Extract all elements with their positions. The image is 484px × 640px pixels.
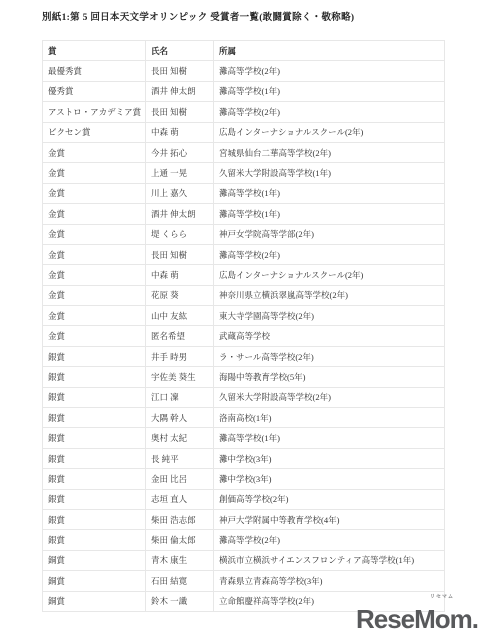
- award-cell: 優秀賞: [43, 81, 146, 101]
- award-cell: 金賞: [43, 142, 146, 162]
- award-cell: 銀賞: [43, 489, 146, 509]
- col-header-name: 氏名: [146, 41, 214, 61]
- name-cell: 上通 一晃: [146, 163, 214, 183]
- name-cell: 酒井 伸太朗: [146, 204, 214, 224]
- name-cell: 川上 嘉久: [146, 183, 214, 203]
- school-cell: ラ・サール高等学校(2年): [214, 346, 445, 366]
- name-cell: 宇佐美 葵生: [146, 367, 214, 387]
- table-row: 銀賞志垣 直人創価高等学校(2年): [43, 489, 445, 509]
- award-cell: 金賞: [43, 306, 146, 326]
- table-row: 銀賞大隅 幹人洛南高校(1年): [43, 408, 445, 428]
- table-row: 銅賞青木 康生横浜市立横浜サイエンスフロンティア高等学校(1年): [43, 550, 445, 570]
- award-cell: ビクセン賞: [43, 122, 146, 142]
- table-row: 金賞川上 嘉久灘高等学校(1年): [43, 183, 445, 203]
- name-cell: 江口 凜: [146, 387, 214, 407]
- name-cell: 井手 時男: [146, 346, 214, 366]
- table-row: 金賞長田 知樹灘高等学校(2年): [43, 244, 445, 264]
- award-cell: 金賞: [43, 265, 146, 285]
- name-cell: 長 純平: [146, 448, 214, 468]
- school-cell: 久留米大学附設高等学校(1年): [214, 163, 445, 183]
- award-cell: アストロ・アカデミア賞: [43, 102, 146, 122]
- name-cell: 中森 萌: [146, 122, 214, 142]
- school-cell: 広島インターナショナルスクール(2年): [214, 265, 445, 285]
- article-page: 別紙1:第 5 回日本天文学オリンピック 受賞者一覧(敢闘賞除く・敬称略) 賞 …: [0, 0, 484, 640]
- name-cell: 金田 比呂: [146, 469, 214, 489]
- name-cell: 山中 友紘: [146, 306, 214, 326]
- name-cell: 今井 拓心: [146, 142, 214, 162]
- school-cell: 灘高等学校(2年): [214, 530, 445, 550]
- table-row: 金賞匿名希望武蔵高等学校: [43, 326, 445, 346]
- school-cell: 灘中学校(3年): [214, 469, 445, 489]
- table-row: 銅賞石田 結寛青森県立青森高等学校(3年): [43, 571, 445, 591]
- school-cell: 灘高等学校(1年): [214, 204, 445, 224]
- table-row: 金賞今井 拓心宮城県仙台二華高等学校(2年): [43, 142, 445, 162]
- award-cell: 銀賞: [43, 428, 146, 448]
- school-cell: 東大寺学園高等学校(2年): [214, 306, 445, 326]
- award-cell: 金賞: [43, 224, 146, 244]
- logo-text: ReseMom. リセマム: [356, 606, 478, 632]
- school-cell: 神戸女学院高等学部(2年): [214, 224, 445, 244]
- table-row: 銀賞金田 比呂灘中学校(3年): [43, 469, 445, 489]
- name-cell: 堤 くらら: [146, 224, 214, 244]
- school-cell: 洛南高校(1年): [214, 408, 445, 428]
- name-cell: 酒井 伸太朗: [146, 81, 214, 101]
- award-cell: 銀賞: [43, 448, 146, 468]
- table-header-row: 賞 氏名 所属: [43, 41, 445, 61]
- name-cell: 志垣 直人: [146, 489, 214, 509]
- award-cell: 銀賞: [43, 408, 146, 428]
- name-cell: 長田 知樹: [146, 61, 214, 81]
- col-header-award: 賞: [43, 41, 146, 61]
- name-cell: 匿名希望: [146, 326, 214, 346]
- table-row: 金賞酒井 伸太朗灘高等学校(1年): [43, 204, 445, 224]
- name-cell: 中森 萌: [146, 265, 214, 285]
- award-cell: 銀賞: [43, 469, 146, 489]
- name-cell: 鈴木 一識: [146, 591, 214, 611]
- name-cell: 大隅 幹人: [146, 408, 214, 428]
- award-cell: 銅賞: [43, 571, 146, 591]
- name-cell: 柴田 浩志郎: [146, 509, 214, 529]
- table-row: 金賞山中 友紘東大寺学園高等学校(2年): [43, 306, 445, 326]
- table-row: 銀賞柴田 倫太郎灘高等学校(2年): [43, 530, 445, 550]
- name-cell: 柴田 倫太郎: [146, 530, 214, 550]
- table-row: 金賞上通 一晃久留米大学附設高等学校(1年): [43, 163, 445, 183]
- school-cell: 神戸大学附属中等教育学校(4年): [214, 509, 445, 529]
- table-row: 銀賞柴田 浩志郎神戸大学附属中等教育学校(4年): [43, 509, 445, 529]
- school-cell: 武蔵高等学校: [214, 326, 445, 346]
- table-row: 銀賞江口 凜久留米大学附設高等学校(2年): [43, 387, 445, 407]
- name-cell: 石田 結寛: [146, 571, 214, 591]
- winners-table: 賞 氏名 所属 最優秀賞長田 知樹灘高等学校(2年)優秀賞酒井 伸太朗灘高等学校…: [42, 40, 445, 612]
- award-cell: 銀賞: [43, 530, 146, 550]
- school-cell: 海陽中等教育学校(5年): [214, 367, 445, 387]
- name-cell: 青木 康生: [146, 550, 214, 570]
- logo-kana-label: リセマム: [430, 595, 454, 600]
- award-cell: 銀賞: [43, 367, 146, 387]
- award-cell: 銀賞: [43, 387, 146, 407]
- award-cell: 金賞: [43, 285, 146, 305]
- school-cell: 灘高等学校(2年): [214, 244, 445, 264]
- school-cell: 灘高等学校(2年): [214, 61, 445, 81]
- award-cell: 金賞: [43, 326, 146, 346]
- award-cell: 金賞: [43, 163, 146, 183]
- award-cell: 銅賞: [43, 591, 146, 611]
- table-row: ビクセン賞中森 萌広島インターナショナルスクール(2年): [43, 122, 445, 142]
- school-cell: 灘高等学校(1年): [214, 183, 445, 203]
- school-cell: 灘高等学校(1年): [214, 428, 445, 448]
- table-row: 最優秀賞長田 知樹灘高等学校(2年): [43, 61, 445, 81]
- school-cell: 灘中学校(3年): [214, 448, 445, 468]
- award-cell: 金賞: [43, 183, 146, 203]
- school-cell: 横浜市立横浜サイエンスフロンティア高等学校(1年): [214, 550, 445, 570]
- table-row: 金賞堤 くらら神戸女学院高等学部(2年): [43, 224, 445, 244]
- award-cell: 銀賞: [43, 346, 146, 366]
- table-row: 優秀賞酒井 伸太朗灘高等学校(1年): [43, 81, 445, 101]
- award-cell: 銀賞: [43, 509, 146, 529]
- school-cell: 神奈川県立横浜翠嵐高等学校(2年): [214, 285, 445, 305]
- resemom-logo: ReseMom. リセマム: [356, 606, 478, 632]
- table-row: アストロ・アカデミア賞長田 知樹灘高等学校(2年): [43, 102, 445, 122]
- school-cell: 創価高等学校(2年): [214, 489, 445, 509]
- award-cell: 金賞: [43, 244, 146, 264]
- school-cell: 灘高等学校(2年): [214, 102, 445, 122]
- name-cell: 長田 知樹: [146, 102, 214, 122]
- table-row: 金賞中森 萌広島インターナショナルスクール(2年): [43, 265, 445, 285]
- name-cell: 花原 葵: [146, 285, 214, 305]
- school-cell: 青森県立青森高等学校(3年): [214, 571, 445, 591]
- school-cell: 灘高等学校(1年): [214, 81, 445, 101]
- award-cell: 金賞: [43, 204, 146, 224]
- table-row: 銀賞井手 時男ラ・サール高等学校(2年): [43, 346, 445, 366]
- award-cell: 最優秀賞: [43, 61, 146, 81]
- name-cell: 長田 知樹: [146, 244, 214, 264]
- table-row: 金賞花原 葵神奈川県立横浜翠嵐高等学校(2年): [43, 285, 445, 305]
- page-title: 別紙1:第 5 回日本天文学オリンピック 受賞者一覧(敢闘賞除く・敬称略): [42, 9, 354, 23]
- name-cell: 奥村 太紀: [146, 428, 214, 448]
- table-row: 銀賞宇佐美 葵生海陽中等教育学校(5年): [43, 367, 445, 387]
- table-row: 銀賞長 純平灘中学校(3年): [43, 448, 445, 468]
- award-cell: 銅賞: [43, 550, 146, 570]
- table-row: 銀賞奥村 太紀灘高等学校(1年): [43, 428, 445, 448]
- col-header-school: 所属: [214, 41, 445, 61]
- school-cell: 広島インターナショナルスクール(2年): [214, 122, 445, 142]
- school-cell: 久留米大学附設高等学校(2年): [214, 387, 445, 407]
- school-cell: 宮城県仙台二華高等学校(2年): [214, 142, 445, 162]
